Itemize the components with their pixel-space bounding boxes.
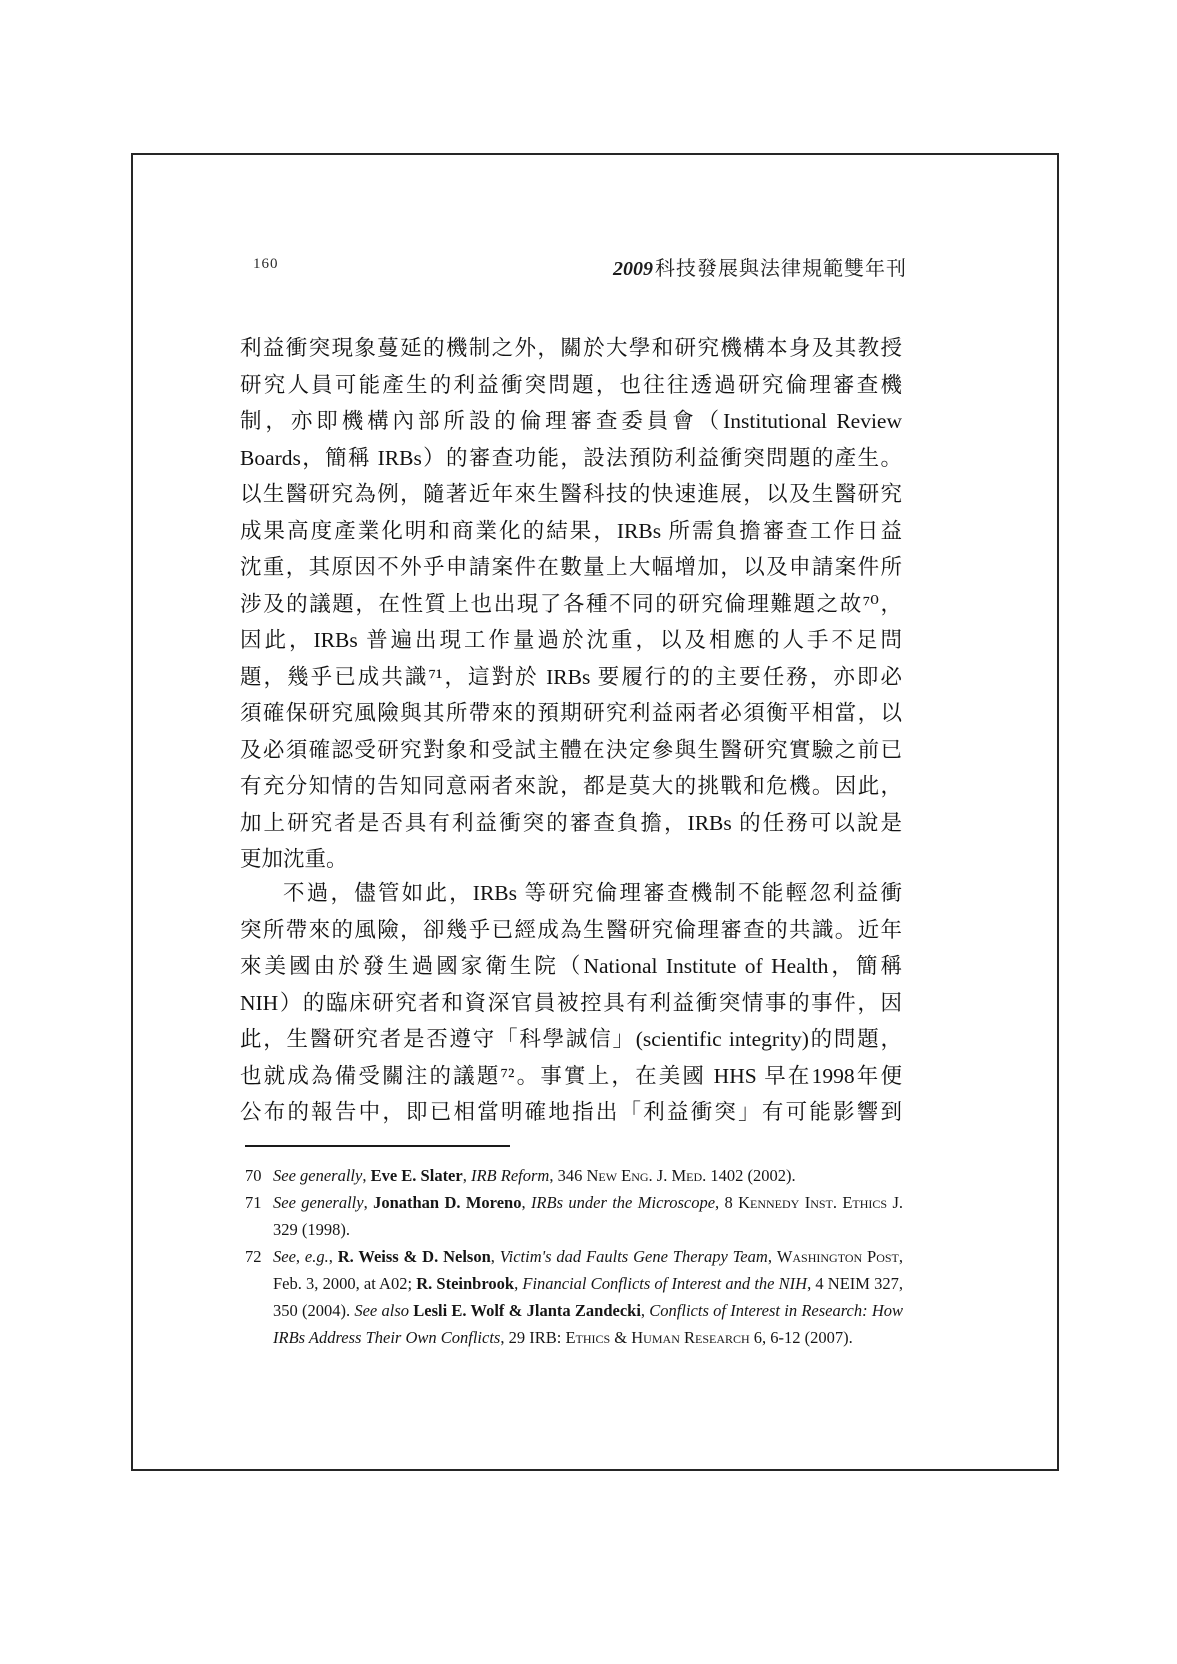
footnote-text-segment: Lesli E. Wolf & Jlanta Zandecki: [413, 1301, 641, 1320]
text-line: 涉及的議題，在性質上也出現了各種不同的研究倫理難題之故⁷⁰，: [240, 586, 902, 623]
text-line: 突所帶來的風險，卻幾乎已經成為生醫研究倫理審查的共識。近年: [240, 912, 902, 949]
footnote-text-segment: e.g.: [305, 1247, 329, 1266]
footnote-text: See generally, Jonathan D. Moreno, IRBs …: [273, 1189, 903, 1243]
text-line: 須確保研究風險與其所帶來的預期研究利益兩者必須衡平相當，以: [240, 695, 902, 732]
footnote-text-segment: See generally: [273, 1166, 362, 1185]
text-line: 公布的報告中，即已相當明確地指出「利益衝突」有可能影響到: [240, 1094, 902, 1131]
footnote-number: 71: [245, 1189, 273, 1216]
text-line: 此，生醫研究者是否遵守「科學誠信」(scientific integrity)的…: [240, 1021, 902, 1058]
text-line: 制，亦即機構內部所設的倫理審查委員會（Institutional Review: [240, 403, 902, 440]
text-line: 以生醫研究為例，隨著近年來生醫科技的快速進展，以及生醫研究: [240, 476, 902, 513]
body-paragraph-1: 利益衝突現象蔓延的機制之外，關於大學和研究機構本身及其教授研究人員可能產生的利益…: [240, 330, 902, 878]
footnote-text-segment: IRBs under the Microscope: [531, 1193, 715, 1212]
footnote-number: 72: [245, 1243, 273, 1270]
footnote-text-segment: 1402 (2002).: [706, 1166, 795, 1185]
footnote-text-segment: Washington Post: [777, 1247, 899, 1266]
text-line: 有充分知情的告知同意兩者來說，都是莫大的挑戰和危機。因此，: [240, 768, 902, 805]
text-line: 成果高度產業化明和商業化的結果，IRBs 所需負擔審查工作日益: [240, 513, 902, 550]
journal-header: 2009科技發展與法律規範雙年刊: [613, 252, 907, 281]
body-paragraph-2: 不過，儘管如此，IRBs 等研究倫理審查機制不能輕忽利益衝突所帶來的風險，卻幾乎…: [240, 875, 902, 1131]
footnote-text-segment: R. Steinbrook: [416, 1274, 514, 1293]
footnote-text: See, e.g., R. Weiss & D. Nelson, Victim'…: [273, 1243, 903, 1351]
text-line: Boards，簡稱 IRBs）的審查功能，設法預防利益衝突問題的產生。: [240, 440, 902, 477]
footnote-72: 72 See, e.g., R. Weiss & D. Nelson, Vict…: [245, 1243, 903, 1351]
footnote-text-segment: Ethics & Human Research: [565, 1328, 749, 1347]
text-line: 沈重，其原因不外乎申請案件在數量上大幅增加，以及申請案件所: [240, 549, 902, 586]
text-line: 也就成為備受關注的議題⁷²。事實上，在美國 HHS 早在1998年便: [240, 1058, 902, 1095]
footnotes-section: 70 See generally, Eve E. Slater, IRB Ref…: [245, 1162, 903, 1351]
text-line: 因此，IRBs 普遍出現工作量過於沈重，以及相應的人手不足問: [240, 622, 902, 659]
footnote-text-segment: ,: [329, 1247, 338, 1266]
footnote-text-segment: Eve E. Slater: [371, 1166, 463, 1185]
text-line: 利益衝突現象蔓延的機制之外，關於大學和研究機構本身及其教授: [240, 330, 902, 367]
text-line: 更加沈重。: [240, 841, 902, 878]
journal-header-year: 2009: [613, 258, 653, 280]
footnote-text-segment: ,: [362, 1166, 370, 1185]
footnote-text-segment: Victim's dad Faults Gene Therapy Team: [500, 1247, 768, 1266]
text-line: 題，幾乎已成共識⁷¹，這對於 IRBs 要履行的的主要任務，亦即必: [240, 659, 902, 696]
footnote-text-segment: , 29 IRB:: [500, 1328, 565, 1347]
page-number: 160: [253, 256, 279, 273]
footnote-text-segment: ,: [768, 1247, 777, 1266]
footnote-text-segment: New Eng. J. Med.: [586, 1166, 706, 1185]
footnote-number: 70: [245, 1162, 273, 1189]
text-line: NIH）的臨床研究者和資深官員被控具有利益衝突情事的事件，因: [240, 985, 902, 1022]
text-line: 及必須確認受研究對象和受試主體在決定參與生醫研究實驗之前已: [240, 732, 902, 769]
footnote-text-segment: 329 (1998).: [273, 1220, 350, 1239]
footnote-text: See generally, Eve E. Slater, IRB Reform…: [273, 1162, 903, 1189]
footnote-text-segment: ,: [296, 1247, 305, 1266]
footnote-text-segment: See: [273, 1247, 296, 1266]
journal-header-title: 科技發展與法律規範雙年刊: [655, 258, 907, 280]
footnote-text-segment: ,: [364, 1193, 373, 1212]
footnote-71: 71 See generally, Jonathan D. Moreno, IR…: [245, 1189, 903, 1243]
document-page: 160 2009科技發展與法律規範雙年刊 利益衝突現象蔓延的機制之外，關於大學和…: [0, 0, 1177, 1664]
footnote-text-segment: Financial Conflicts of Interest and the …: [522, 1274, 807, 1293]
text-line: 研究人員可能產生的利益衝突問題，也往往透過研究倫理審查機: [240, 367, 902, 404]
footnote-text-segment: Jonathan D. Moreno: [373, 1193, 521, 1212]
footnote-text-segment: See also: [354, 1301, 409, 1320]
footnote-text-segment: R. Weiss & D. Nelson: [338, 1247, 491, 1266]
footnote-text-segment: , 346: [549, 1166, 586, 1185]
text-line: 加上研究者是否具有利益衝突的審查負擔，IRBs 的任務可以說是: [240, 805, 902, 842]
footnote-70: 70 See generally, Eve E. Slater, IRB Ref…: [245, 1162, 903, 1189]
footnote-text-segment: ,: [521, 1193, 530, 1212]
text-line: 來美國由於發生過國家衛生院（National Institute of Heal…: [240, 948, 902, 985]
footnote-text-segment: Kennedy Inst. Ethics J.: [738, 1193, 903, 1212]
footnote-text-segment: 6, 6-12 (2007).: [750, 1328, 853, 1347]
footnote-text-segment: , 8: [715, 1193, 738, 1212]
footnote-text-segment: IRB Reform: [471, 1166, 549, 1185]
footnote-separator-rule: [245, 1145, 510, 1147]
text-line: 不過，儘管如此，IRBs 等研究倫理審查機制不能輕忽利益衝: [240, 875, 902, 912]
footnote-text-segment: ,: [463, 1166, 471, 1185]
footnote-text-segment: ,: [491, 1247, 500, 1266]
footnote-text-segment: See generally: [273, 1193, 364, 1212]
